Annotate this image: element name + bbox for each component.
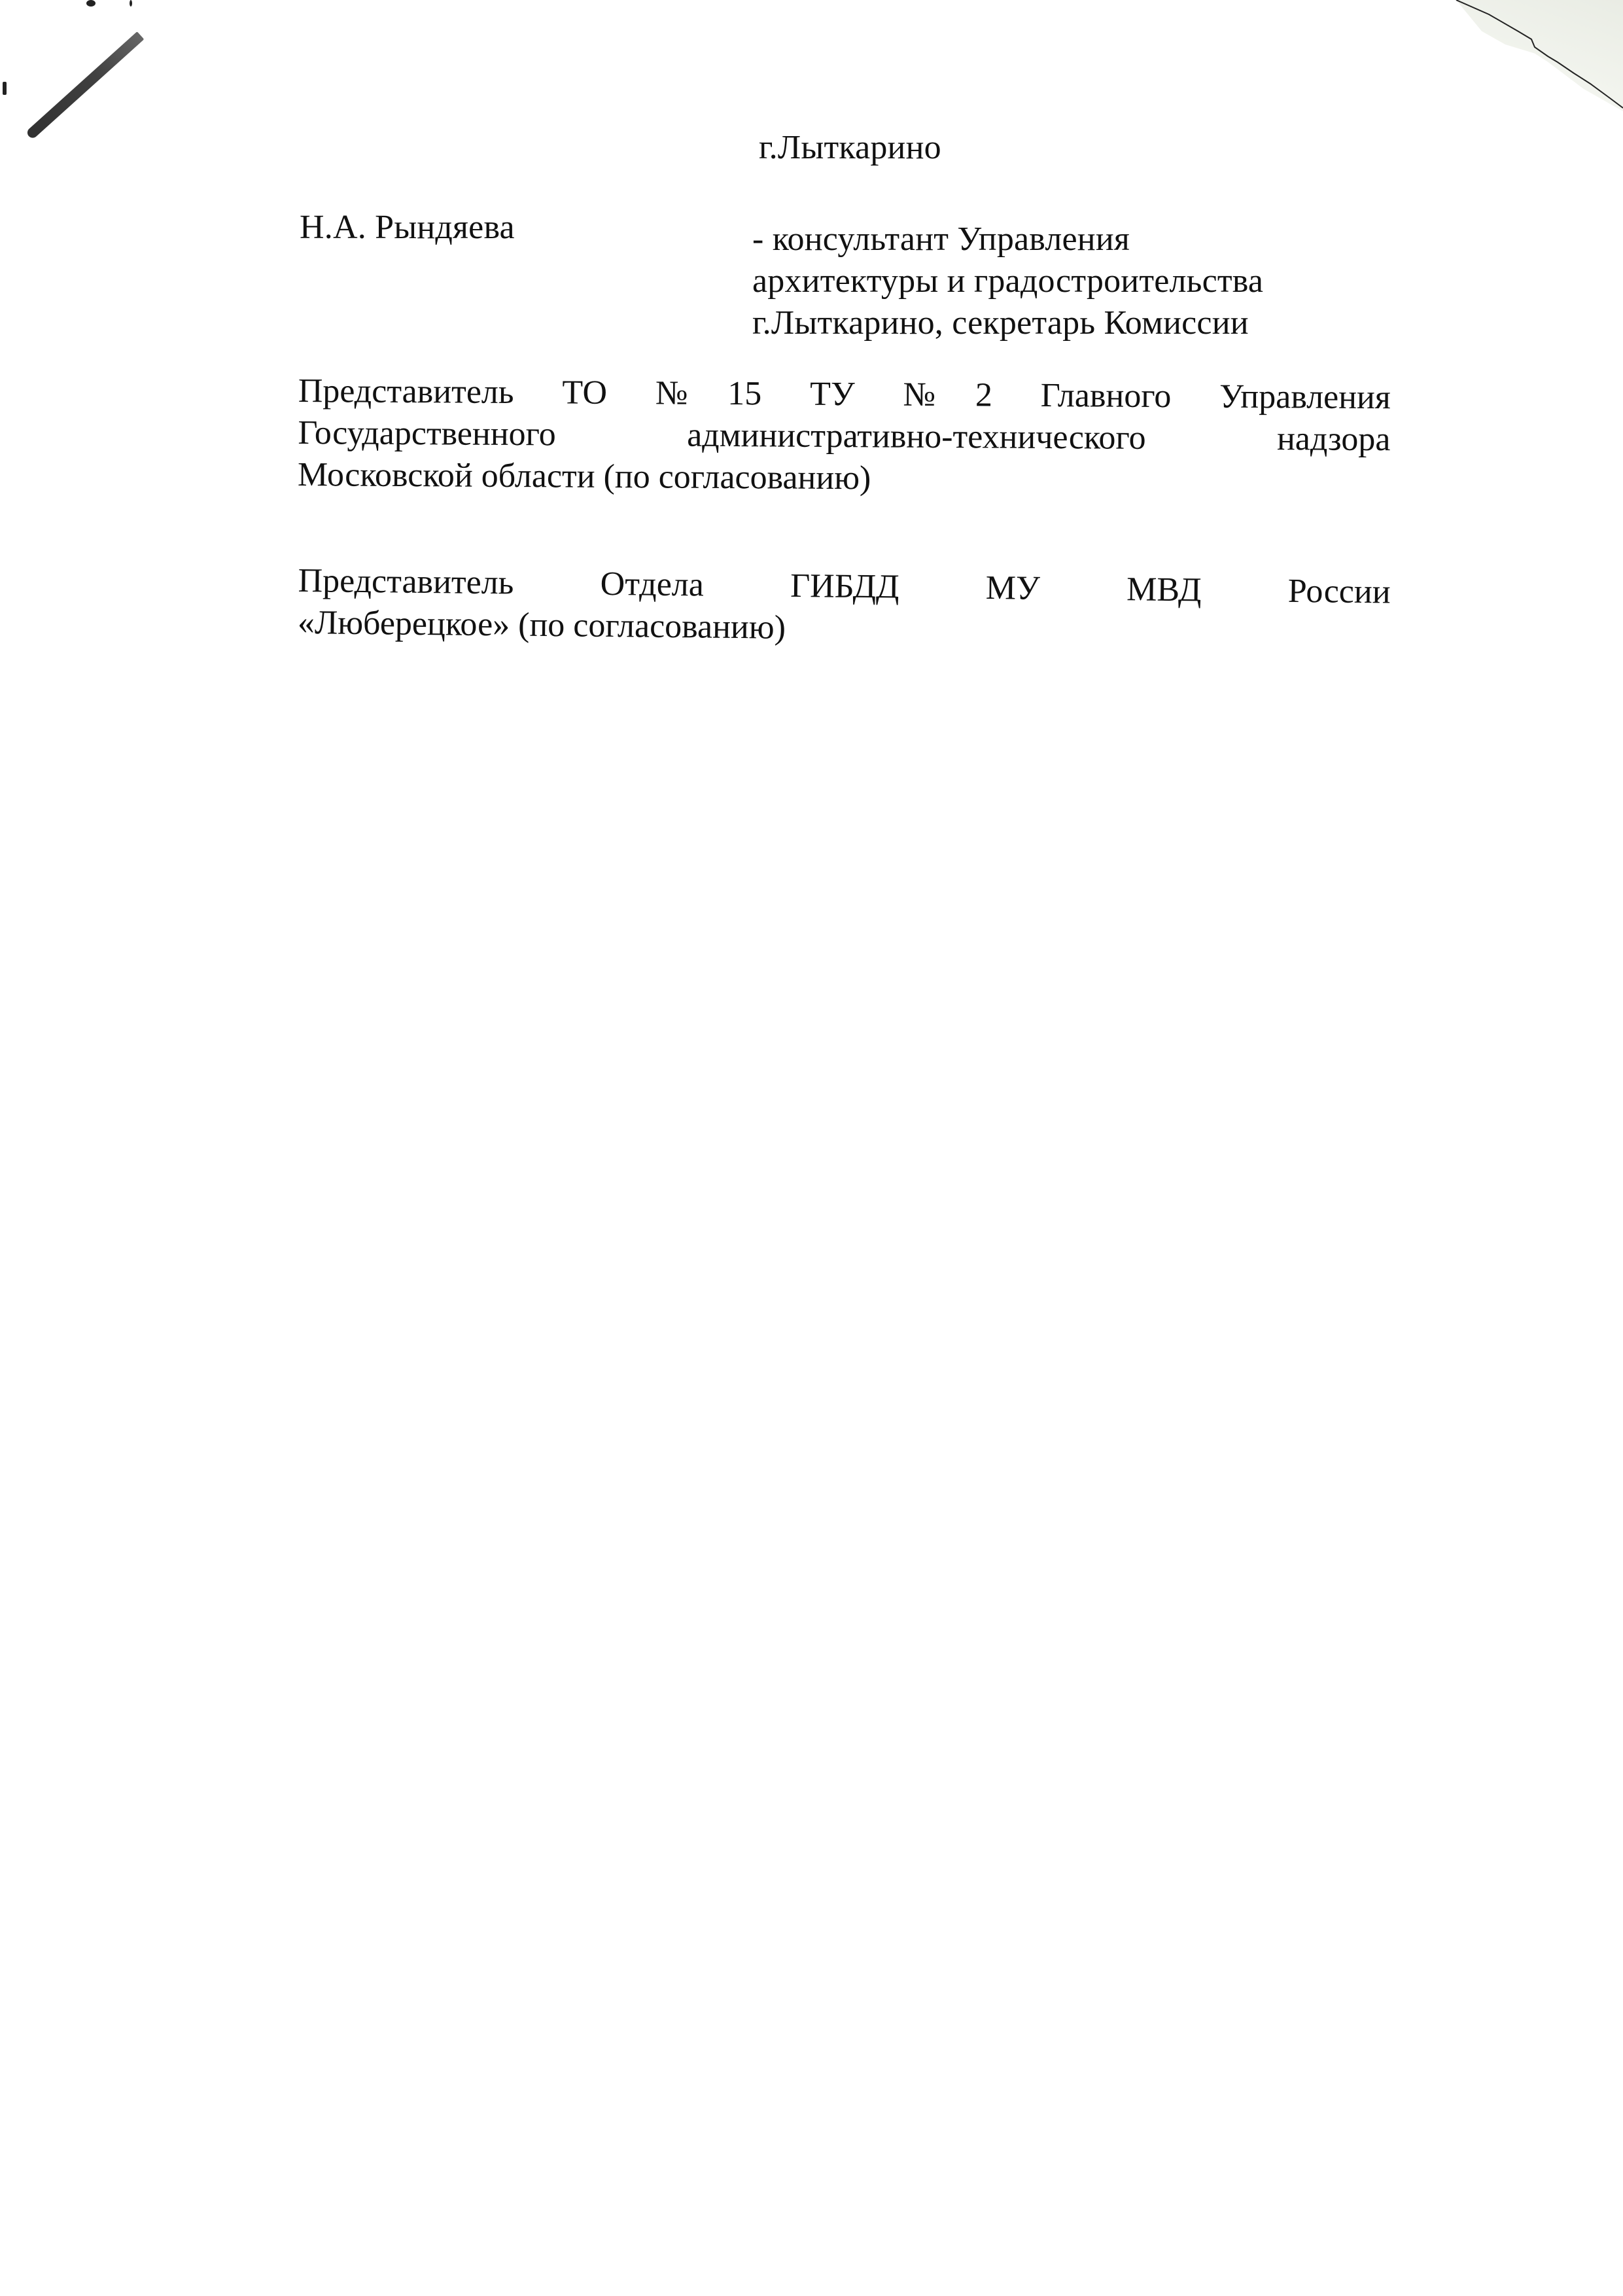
city-heading: г.Лыткарино — [759, 128, 941, 168]
member-role-line: архитектуры и градостроительства — [752, 260, 1263, 302]
member-role: - консультант Управления архитектуры и г… — [752, 219, 1263, 344]
member-name: Н.А. Рындяева — [300, 208, 515, 247]
scan-speck — [130, 0, 132, 7]
representative-line: Московской области (по согласованию) — [298, 454, 1390, 503]
scan-stroke-mark — [26, 31, 145, 140]
representative-line: Государственного административно-техниче… — [298, 412, 1390, 461]
representative-line: Представитель ТО №15 ТУ №2 Главного Упра… — [298, 370, 1391, 419]
scan-speck — [86, 0, 96, 7]
scan-speck — [3, 82, 7, 95]
member-role-line: г.Лыткарино, секретарь Комиссии — [752, 302, 1263, 344]
representative-gatn: Представитель ТО №15 ТУ №2 Главного Упра… — [298, 370, 1391, 503]
member-role-line: - консультант Управления — [752, 219, 1263, 260]
representative-gibdd: Представитель Отдела ГИБДД МУ МВД России… — [298, 560, 1391, 655]
folded-corner — [1427, 0, 1623, 111]
scanned-page: г.Лыткарино Н.А. Рындяева - консультант … — [0, 0, 1623, 2296]
